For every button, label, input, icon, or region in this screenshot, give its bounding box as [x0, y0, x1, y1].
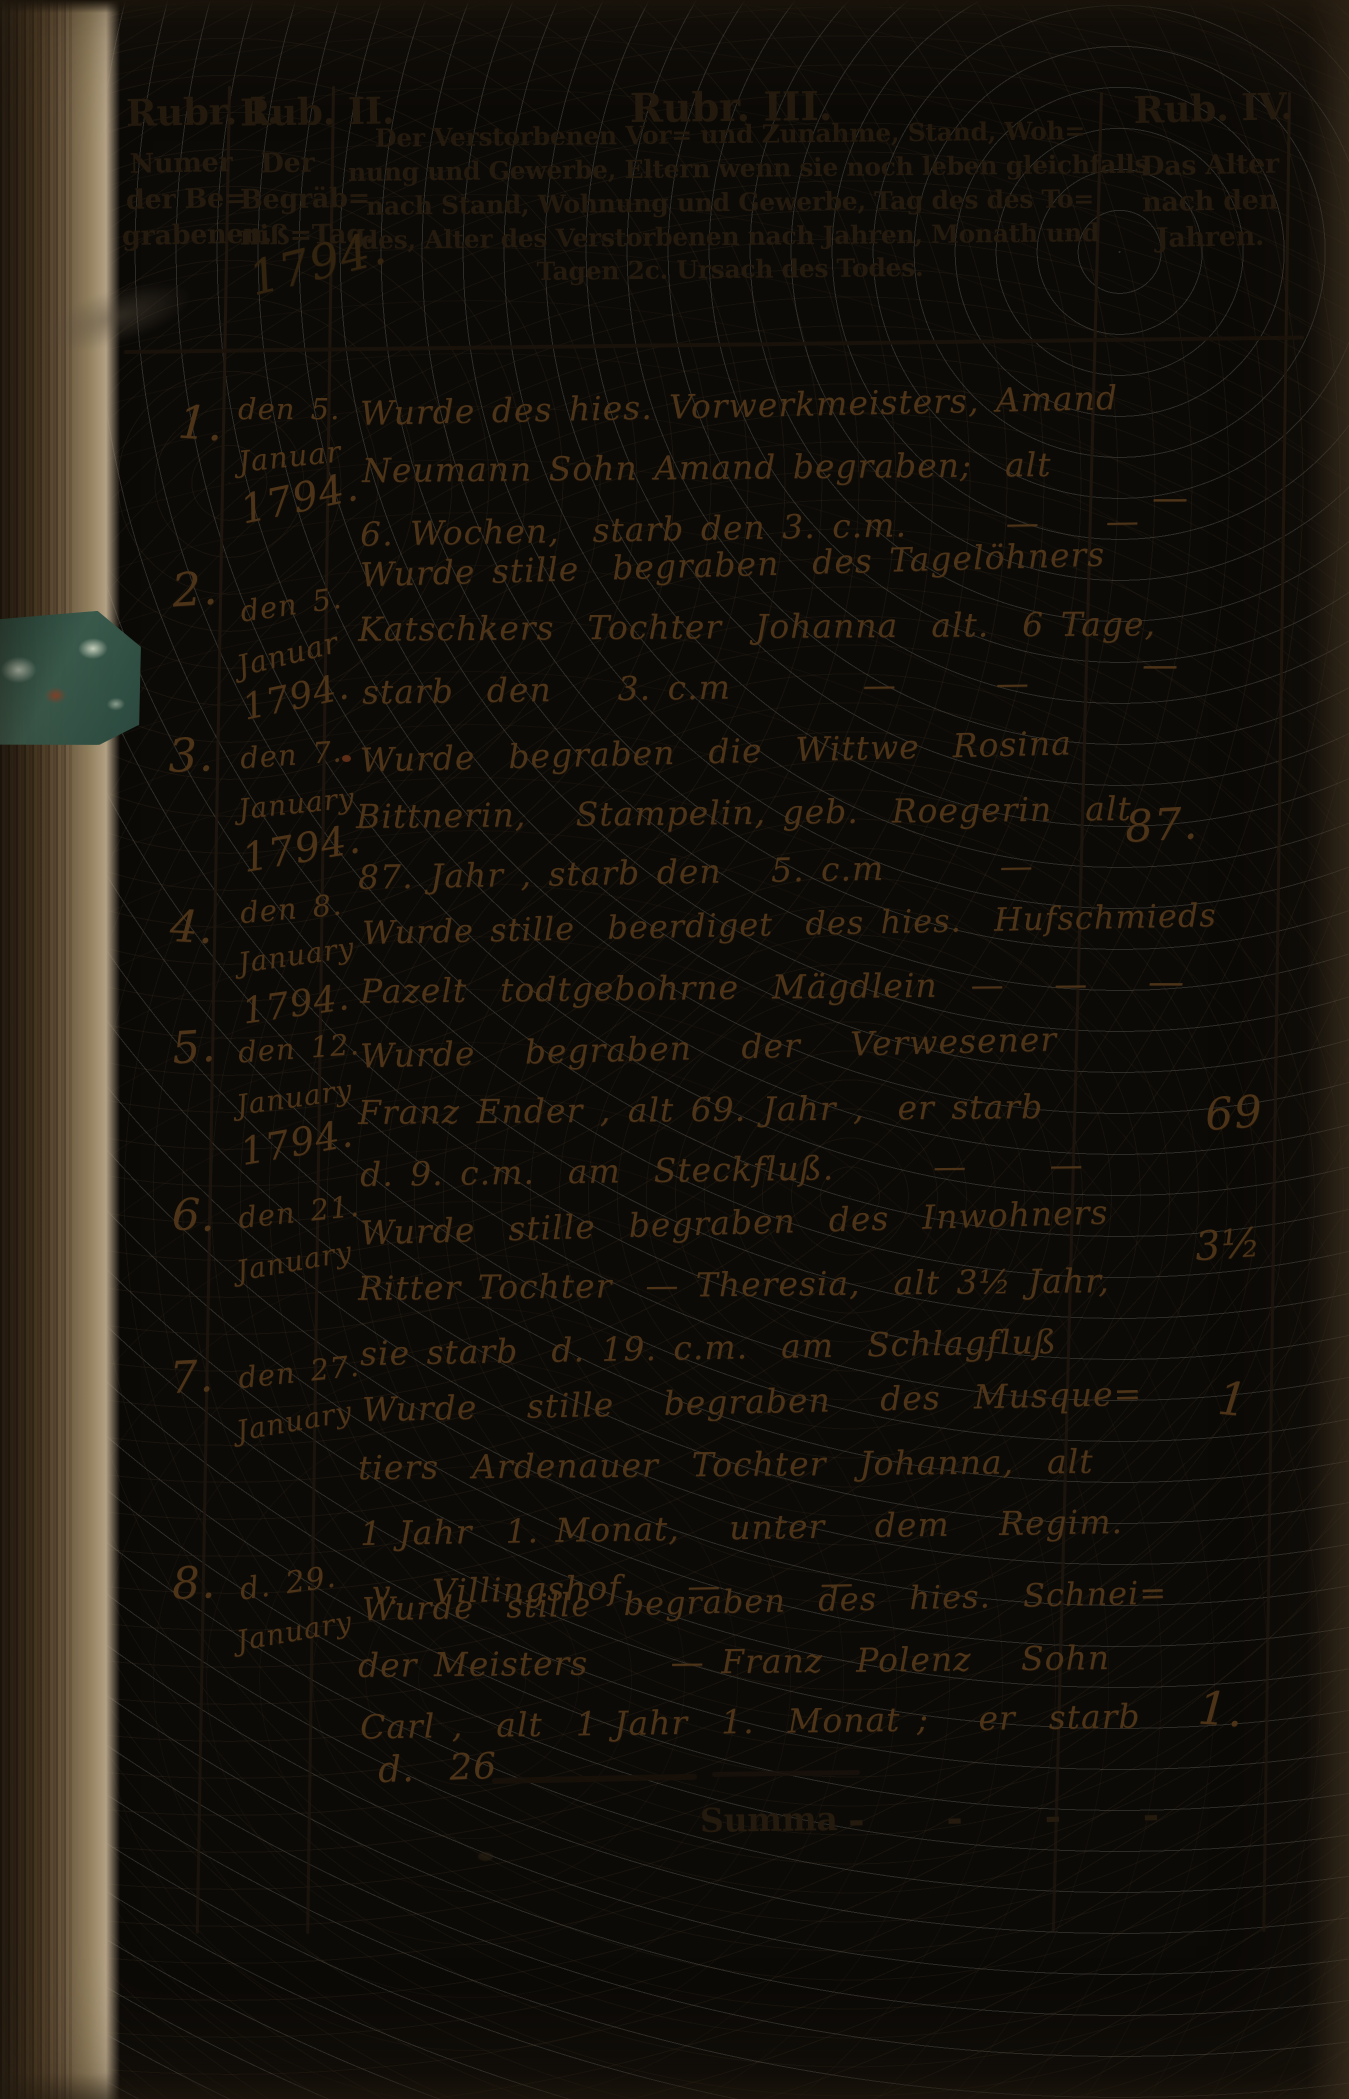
entry-8-age: 1.: [1196, 1680, 1246, 1737]
col4-subtitle-line: Das Alter: [1126, 148, 1295, 183]
ink-fleck: [478, 1852, 493, 1861]
entry-7-text-line: 1 Jahr 1. Monat, unter dem Regim.: [360, 1502, 1124, 1553]
entry-5-number: 5.: [170, 1021, 217, 1075]
entry-7-age: 1: [1215, 1371, 1251, 1428]
col3-description-line: nung und Gewerbe, Eltern wenn sie noch l…: [348, 150, 1112, 187]
entry-1-date-line: 1794.: [236, 469, 339, 534]
entry-2-age: —: [1142, 645, 1179, 686]
rubric-1-title: Rubr. I.: [126, 89, 239, 135]
col2-subtitle-line: Der: [240, 147, 335, 179]
entry-3-date-line: den 7.: [239, 735, 337, 776]
entry-4-date-line: 1794.: [240, 979, 341, 1033]
col2-subtitle-line: Begräb=: [240, 183, 335, 215]
entry-8-date-line: d. 29.: [236, 1559, 340, 1608]
entry-4-number: 4.: [169, 901, 216, 954]
entry-5-date-line: den 12.: [237, 1029, 339, 1070]
entry-8-number: 8.: [171, 1557, 217, 1610]
entry-2-number: 2.: [170, 560, 220, 617]
entry-1-date-line: den 5.: [238, 392, 334, 426]
closing-underline: [492, 1774, 697, 1784]
col1-subtitle-line: Numer: [126, 147, 237, 180]
entry-3-number: 3.: [167, 727, 215, 783]
entry-5-text-line: d. 9. c.m. am Steckfluß. — —: [360, 1145, 1084, 1194]
entry-4-age: —: [1148, 962, 1185, 1003]
entry-6-number: 6.: [171, 1189, 217, 1242]
green-bookmark-tab: [0, 609, 144, 748]
entry-8-text-line: d. 26: [377, 1746, 498, 1791]
ink-dot: [342, 755, 351, 762]
entry-7-text-line: tiers Ardenauer Tochter Johanna, alt: [358, 1442, 1094, 1487]
column-rule-1: [196, 86, 231, 1934]
col4-subtitle-line: Jahren.: [1126, 220, 1295, 255]
closing-underline: [712, 1770, 860, 1777]
page-top-shadow: [0, 0, 1349, 13]
entry-5-text-line: Franz Ender , alt 69. Jahr , er starb: [358, 1087, 1043, 1132]
entry-6-text-line: Ritter Tochter — Theresia, alt 3½ Jahr,: [358, 1261, 1110, 1308]
entry-3-text-line: Bittnerin, Stampelin, geb. Roegerin alt: [356, 789, 1132, 836]
register-page: Rubr. I. Rub. II. Rubr. III. Rub. IV. Nu…: [0, 0, 1349, 2099]
entry-6-text-line: Wurde stille begraben des Inwohners: [360, 1193, 1109, 1253]
entry-4-text-line: Wurde stille beerdiget des hies. Hufschm…: [362, 896, 1217, 952]
rubric-2-title: Rub. II.: [240, 89, 337, 134]
entry-1-age: —: [1152, 478, 1189, 519]
entry-3-age: 87.: [1124, 798, 1200, 853]
summa-dashes: - - - -: [848, 1791, 1162, 1843]
entry-7-date-line: January: [234, 1397, 340, 1447]
entry-1-number: 1.: [176, 394, 226, 451]
page-right-shadow: [1307, 0, 1349, 2099]
col3-description-line: Tagen 2c. Ursach des Todes.: [348, 251, 1112, 288]
column-rule-4: [1262, 92, 1291, 1932]
entry-3-text-line: 87. Jahr , starb den 5. c.m —: [358, 846, 1034, 897]
entry-1-text-line: Neumann Sohn Amand begraben; alt: [362, 445, 1052, 490]
entry-6-age: 3½: [1193, 1220, 1262, 1271]
entry-3-date-line: 1794.: [239, 820, 342, 882]
col1-subtitle-line: der Be=: [126, 183, 237, 216]
entry-8-text-line: Carl , alt 1 Jahr 1. Monat ; er starb: [360, 1697, 1141, 1747]
entry-8-date-line: January: [234, 1607, 340, 1657]
entry-6-text-line: sie starb d. 19. c.m. am Schlagfluß: [360, 1322, 1057, 1373]
col3-description-line: nach Stand, Wohnung und Gewerbe, Tag des…: [348, 184, 1112, 221]
entry-2-text-line: Katschkers Tochter Johanna alt. 6 Tage,: [358, 604, 1156, 649]
entry-5-text-line: Wurde begraben der Verwesener: [360, 1019, 1058, 1075]
entry-6-date-line: January: [234, 1237, 340, 1287]
entry-5-age: 69: [1203, 1086, 1264, 1141]
page-bottom-shadow: [0, 2073, 1349, 2099]
entry-5-date-line: 1794.: [237, 1114, 339, 1174]
entry-2-date-line: den 5.: [238, 581, 338, 628]
entry-4-date-line: January: [236, 933, 340, 980]
entry-3-text-line: Wurde begraben die Wittwe Rosina: [360, 723, 1073, 779]
entry-2-text-line: starb den 3. c.m — —: [362, 663, 1030, 711]
col1-subtitle-line: grabenen.: [122, 219, 241, 252]
entry-7-number: 7.: [169, 1351, 216, 1404]
summa-label: Summa: [700, 1799, 838, 1840]
entry-7-date-line: den 27.: [236, 1351, 339, 1395]
entry-1-text-line: Wurde des hies. Vorwerkmeisters, Amand: [360, 378, 1119, 433]
entry-8-text-line: der Meisters — Franz Polenz Sohn: [358, 1638, 1110, 1685]
entry-7-text-line: Wurde stille begraben des Musque=: [362, 1374, 1143, 1429]
entry-4-text-line: Pazelt todtgebohrne Mägdlein — —: [360, 964, 1088, 1011]
header-rule: [124, 336, 1304, 354]
entry-6-date-line: den 21.: [236, 1191, 339, 1235]
rubric-4-title: Rub. IV.: [1127, 84, 1298, 132]
col4-subtitle-line: nach den: [1126, 184, 1295, 219]
col3-description-line: des, Alter des Verstorbenen nach Jahren,…: [348, 218, 1112, 255]
